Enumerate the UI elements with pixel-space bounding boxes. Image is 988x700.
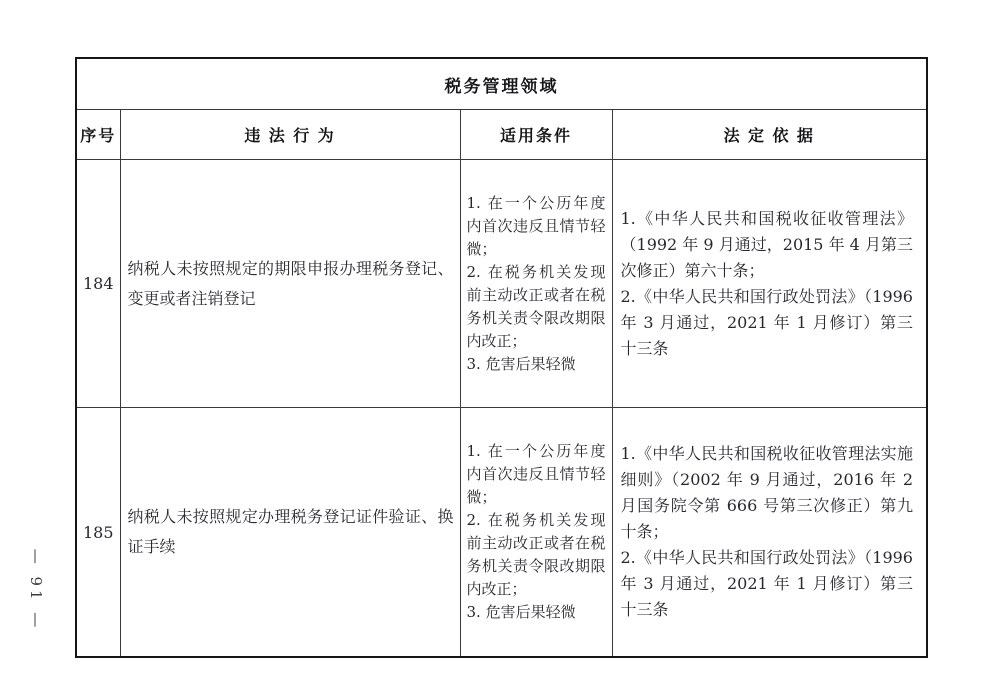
column-header-illegal-behavior: 违 法 行 为 — [120, 110, 460, 160]
condition-item: 2. 在税务机关发现前主动改正或者在税务机关责令限改期限内改正； — [467, 261, 606, 353]
condition-item: 3. 危害后果轻微 — [467, 601, 606, 624]
row-serial-number: 185 — [76, 408, 120, 658]
column-header-legal-basis: 法 定 依 据 — [612, 110, 927, 160]
column-header-row: 序号 违 法 行 为 适用条件 法 定 依 据 — [76, 110, 927, 160]
table-row: 184 纳税人未按照规定的期限申报办理税务登记、变更或者注销登记 1. 在一个公… — [76, 160, 927, 408]
tax-management-table: 税务管理领域 序号 违 法 行 为 适用条件 法 定 依 据 184 纳税人未按… — [75, 57, 928, 658]
legal-basis-cell: 1.《中华人民共和国税收征收管理法》（1992 年 9 月通过，2015 年 4… — [612, 160, 927, 408]
document-page: — 91 — 税务管理领域 序号 违 法 行 为 适用条件 法 定 依 据 18… — [0, 0, 988, 700]
page-number-label: — 91 — — [27, 549, 45, 632]
column-header-applicable-conditions: 适用条件 — [460, 110, 612, 160]
illegal-behavior-text: 纳税人未按照规定的期限申报办理税务登记、变更或者注销登记 — [128, 254, 454, 314]
legal-basis-cell: 1.《中华人民共和国税收征收管理法实施细则》（2002 年 9 月通过，2016… — [612, 408, 927, 658]
legal-basis-item: 2.《中华人民共和国行政处罚法》（1996 年 3 月通过，2021 年 1 月… — [621, 284, 914, 362]
condition-item: 1. 在一个公历年度内首次违反且情节轻微； — [467, 440, 606, 509]
illegal-behavior-text: 纳税人未按照规定办理税务登记证件验证、换证手续 — [128, 502, 454, 562]
table-title-row: 税务管理领域 — [76, 58, 927, 110]
column-header-serial-number: 序号 — [76, 110, 120, 160]
legal-basis-item: 1.《中华人民共和国税收征收管理法实施细则》（2002 年 9 月通过，2016… — [621, 441, 914, 545]
condition-item: 1. 在一个公历年度内首次违反且情节轻微； — [467, 192, 606, 261]
table-title: 税务管理领域 — [76, 58, 927, 110]
table-row: 185 纳税人未按照规定办理税务登记证件验证、换证手续 1. 在一个公历年度内首… — [76, 408, 927, 658]
illegal-behavior-cell: 纳税人未按照规定的期限申报办理税务登记、变更或者注销登记 — [120, 160, 460, 408]
applicable-conditions-cell: 1. 在一个公历年度内首次违反且情节轻微； 2. 在税务机关发现前主动改正或者在… — [460, 160, 612, 408]
condition-item: 3. 危害后果轻微 — [467, 353, 606, 376]
legal-basis-item: 1.《中华人民共和国税收征收管理法》（1992 年 9 月通过，2015 年 4… — [621, 206, 914, 284]
illegal-behavior-cell: 纳税人未按照规定办理税务登记证件验证、换证手续 — [120, 408, 460, 658]
condition-item: 2. 在税务机关发现前主动改正或者在税务机关责令限改期限内改正； — [467, 509, 606, 601]
applicable-conditions-cell: 1. 在一个公历年度内首次违反且情节轻微； 2. 在税务机关发现前主动改正或者在… — [460, 408, 612, 658]
row-serial-number: 184 — [76, 160, 120, 408]
legal-basis-item: 2.《中华人民共和国行政处罚法》（1996 年 3 月通过，2021 年 1 月… — [621, 545, 914, 623]
